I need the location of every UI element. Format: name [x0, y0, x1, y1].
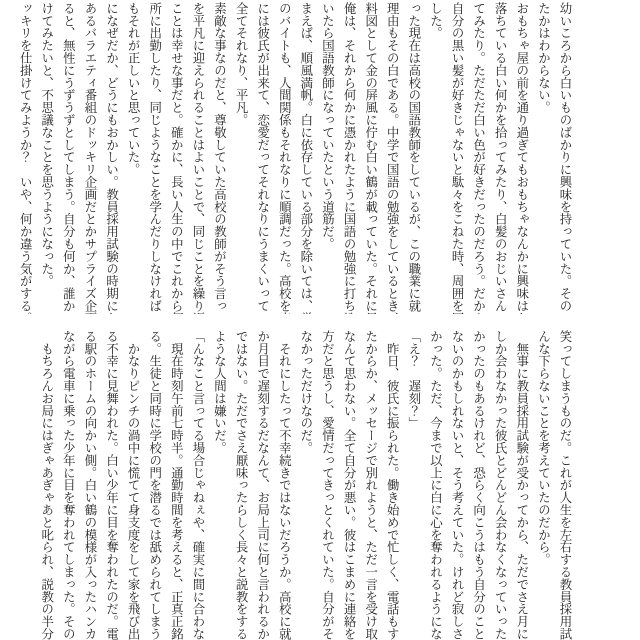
text-column: ではない。ただでさえ厭味ったらしく長々と説教をするこ: [231, 330, 253, 640]
text-column: まえば、順風満帆。白に依存している部分を除いては、学: [295, 2, 317, 314]
text-column: る不幸に見舞われた。白い少年に目を奪われたのだ。電車: [101, 330, 123, 640]
text-column: 落ちている白い何かを拾ってみたり、白髪のおじいさんに: [490, 2, 512, 314]
text-column: かったのもあるけれど、恐らく向こうはもう自分のことを: [468, 330, 490, 640]
text-column: る。生徒と同時に学校の門を潜るでは舐められてしまうで: [144, 330, 166, 640]
text-column: けてみたいと、不思議なことを思うようになった。: [36, 2, 58, 314]
page-1-text-block: 幼いころから白いものばかりに興味を持っていた。そのたかはわからない。おもちゃ屋の…: [14, 2, 576, 314]
text-column: しか会わなかった彼氏とどんどん会わなくなっていった。: [490, 330, 512, 640]
text-column: 料図として金の屏風に佇む白い鶴が載っていた。それに目: [360, 2, 382, 314]
text-column: には彼氏が出来て、恋愛だってそれなりにうまくいってい: [252, 2, 274, 314]
page-2-text-block: 笑ってしまうものだ。これが人生を左右する教員採用試験んな下らないことを考えていた…: [14, 330, 576, 640]
text-column: のバイトも、人間関係もそれなりに順調だった。高校を卒: [274, 2, 296, 314]
text-column: になぜだか、どうにもおかしい。教員採用試験の時期になっ: [101, 2, 123, 314]
text-column: 素敵な事なのだと、尊敬していた高校の教師がそう言って: [209, 2, 231, 314]
text-column: ないのかもしれないと、そう考えていた。けれど寂しさも: [446, 330, 468, 640]
text-column: 無事に教員採用試験が受かってから、ただでさえ月に一: [511, 330, 533, 640]
text-column: ことは幸せな事だと。確かに、長い人生の中でこれから何: [166, 2, 188, 314]
text-column: それにしたって不幸続きではないだろうか。高校に就職: [274, 330, 296, 640]
text-column: 理由もその白である。中学で国語の勉強をしているとき、物: [382, 2, 404, 314]
text-column: 全てそれなり、平凡。: [231, 2, 253, 314]
text-column: 現在時刻午前七時半。通勤時間を考えると、正真正銘ギ: [166, 330, 188, 640]
text-column: 「え？ 遅刻？」: [403, 330, 425, 640]
text-column: たからか、メッセージで別れようと、ただ一言を受け取っ: [360, 330, 382, 640]
text-column: たかはわからない。: [533, 2, 555, 314]
document-viewer: { "app": { "type": "vertical-text-novel-…: [0, 0, 640, 640]
text-column: を平凡に迎えられることはよいことで、同じことを繰り返: [187, 2, 209, 314]
text-column: なかっただけなのだ。: [295, 330, 317, 640]
text-column: ような人間は嫌いだ。: [209, 330, 231, 640]
text-column: 笑ってしまうものだ。これが人生を左右する教員採用試験: [554, 330, 576, 640]
text-column: もそれが正しいと思っていた。: [123, 2, 145, 314]
text-column: 幼いころから白いものばかりに興味を持っていた。その: [554, 2, 576, 314]
text-column: もちろんお局にはぎゃあぎゃあと叱られ、説教の半分す: [36, 330, 58, 640]
text-column: る駅のホームの向かい側。白い鶴の模様が入ったハンカチ: [79, 330, 101, 640]
text-column: 方だと思うし、愛情だってきっとくれていた。自分がそれ: [317, 330, 339, 640]
text-column: した。: [425, 2, 447, 314]
text-column: てみたり。ただただ白い色が好きだったのだろう。だから、: [468, 2, 490, 314]
text-column: 「んなこと言ってる場合じゃねぇや、確実に間に合わない: [187, 330, 209, 640]
text-column: おもちゃ屋の前を通り過ぎてもおもちゃなんかに興味はな: [511, 2, 533, 314]
text-column: んな下らないことを考えていたのだから。: [533, 330, 555, 640]
text-column: いたら国語教師になっていたという道筋だ。: [317, 2, 339, 314]
text-column: かなりピンチの渦中に慌てて身支度をして家を飛び出せ: [123, 330, 145, 640]
text-column: った現在は高校の国語教師をしているが、この職業に就こ: [403, 2, 425, 314]
text-column: 所に出勤したり、同じようなことを学んだりしなければい: [144, 2, 166, 314]
text-column: 俺は、それから何かに憑かれたように国語の勉強に打ち込: [338, 2, 360, 314]
text-column: かった。ただ、今まで以上に白に心を奪われるようになっ: [425, 330, 447, 640]
text-column: ッキリを仕掛けてみようか？ いや、何か違う気がする。: [15, 2, 37, 314]
text-column: ながら電車に乗った少年に目を奪われてしまった。そのお: [58, 330, 80, 640]
text-column: 昨日、彼氏に振られた。働き始めで忙しく、電話もする暇: [382, 330, 404, 640]
text-column: か月目で遅刻するだなんて、お局上司に何と言われるかわ: [252, 330, 274, 640]
text-column: 自分の黒い髪が好きじゃないと駄々をこねた時、周囲を困: [446, 2, 468, 314]
text-column: ると、無性にうずうずとしてしまう。自分も何か、誰かに: [58, 2, 80, 314]
text-column: なんて思わない。全て自分が悪い。彼はこまめに連絡を: [338, 330, 360, 640]
text-column: あるバラエティ番組のドッキリ企画だとかサプライズ企画: [79, 2, 101, 314]
